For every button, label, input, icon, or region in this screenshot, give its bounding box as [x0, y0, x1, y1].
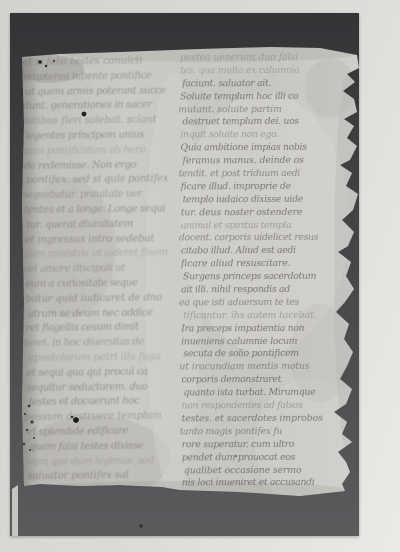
manuscript-text-line: docent. corporis uidelicet resus: [179, 232, 356, 246]
manuscript-photograph: et si falsi testes conuictipropterea iub…: [10, 13, 359, 536]
manuscript-text-line: ea que isti aduersum te tes: [179, 297, 356, 311]
manuscript-text-line: rore superatur. cum ultro: [182, 438, 359, 452]
manuscript-text-line: pendet dum prouocat eos: [182, 451, 359, 465]
manuscript-text-line: inueniens calumnie locum: [181, 335, 358, 349]
manuscript-text-line: postea uenerunt duo falsi: [180, 52, 357, 66]
manuscript-text-line: animal et spiritus templa: [181, 219, 358, 233]
manuscript-text-line: faciunt. saluator ait.: [182, 77, 359, 91]
manuscript-text-line: quanto ista turbat. Mirumque: [184, 387, 361, 401]
manuscript-text-line: possum destruere templum: [25, 410, 178, 427]
manuscript-text-line: Ira preceps impatientia non: [181, 322, 358, 336]
manuscript-text-line: uel amore discipuli ut: [23, 262, 176, 279]
manuscript-text-line: corporis demonstraret: [181, 374, 358, 388]
manuscript-text-line: tes. qua multa ex calumnia: [180, 65, 357, 79]
manuscript-text-line: Quia ambitione impias nobis: [180, 142, 357, 156]
manuscript-text-line: citabo illud. Aliud est aedi: [181, 245, 358, 259]
manuscript-text-line: apostolorum petri illa fuga: [28, 351, 181, 368]
text-column-right: postea uenerunt duo falsites. qua multa …: [180, 52, 359, 491]
manuscript-text-line: destruet templum dei. uos: [182, 116, 359, 130]
manuscript-text-line: nis loci inueniret et accusandi: [182, 477, 359, 491]
manuscript-text-line: anni pontificatum ab hero: [23, 144, 176, 161]
manuscript-text-line: qualibet occasione sermo: [184, 464, 361, 478]
manuscript-text-line: eum que dum legimus. sed: [27, 455, 180, 472]
manuscript-text-line: templo iudaico dixisse uide: [183, 193, 360, 207]
photo-backing-sliver: [12, 485, 18, 536]
manuscript-text-line: inquit soluite non ego.: [180, 129, 357, 143]
manuscript-text-line: utrum se deum nec addice: [27, 307, 180, 324]
manuscript-text-line: sequebatur. prauitate uer: [22, 188, 175, 205]
manuscript-text-line: ait illi. nihil respondis ad: [181, 284, 358, 298]
manuscript-text-line: mutant. soluite partim: [178, 103, 355, 117]
manuscript-text-line: ut iracundiam mentis motus: [179, 361, 356, 375]
manuscript-text-line: Soluite templum hoc illi co: [180, 90, 357, 104]
manuscript-text-line: tificantur. ihs autem tacebat.: [183, 309, 360, 323]
manuscript-text-line: secuta de solio pontificem: [183, 348, 360, 362]
manuscript-text-line: ficare illud. improprie de: [181, 181, 358, 195]
text-column-left: et si falsi testes conuictipropterea iub…: [22, 55, 180, 486]
manuscript-text-line: testes. et sacerdotes improbos: [182, 413, 359, 427]
manuscript-text-line: tanto magis pontifex fu: [180, 425, 357, 439]
manuscript-text-line: Surgens princeps sacerdotum: [183, 271, 360, 285]
manuscript-text-line: ut quem armis poterant succe: [25, 85, 178, 102]
manuscript-text-line: tendit. et post triduum aedi: [179, 168, 356, 182]
manuscript-text-line: non respondentes ad falsos: [182, 400, 359, 414]
manuscript-text-line: tur. deus noster ostendere: [181, 206, 358, 220]
manuscript-text-line: feramus manus. deinde os: [182, 155, 359, 169]
manuscript-text-line: tur. querat diuinitatem: [26, 218, 179, 235]
manuscript-text-line: ficare aliud resuscitare.: [181, 258, 358, 272]
manuscript-text-line: saluator pontifex sal: [27, 469, 180, 486]
